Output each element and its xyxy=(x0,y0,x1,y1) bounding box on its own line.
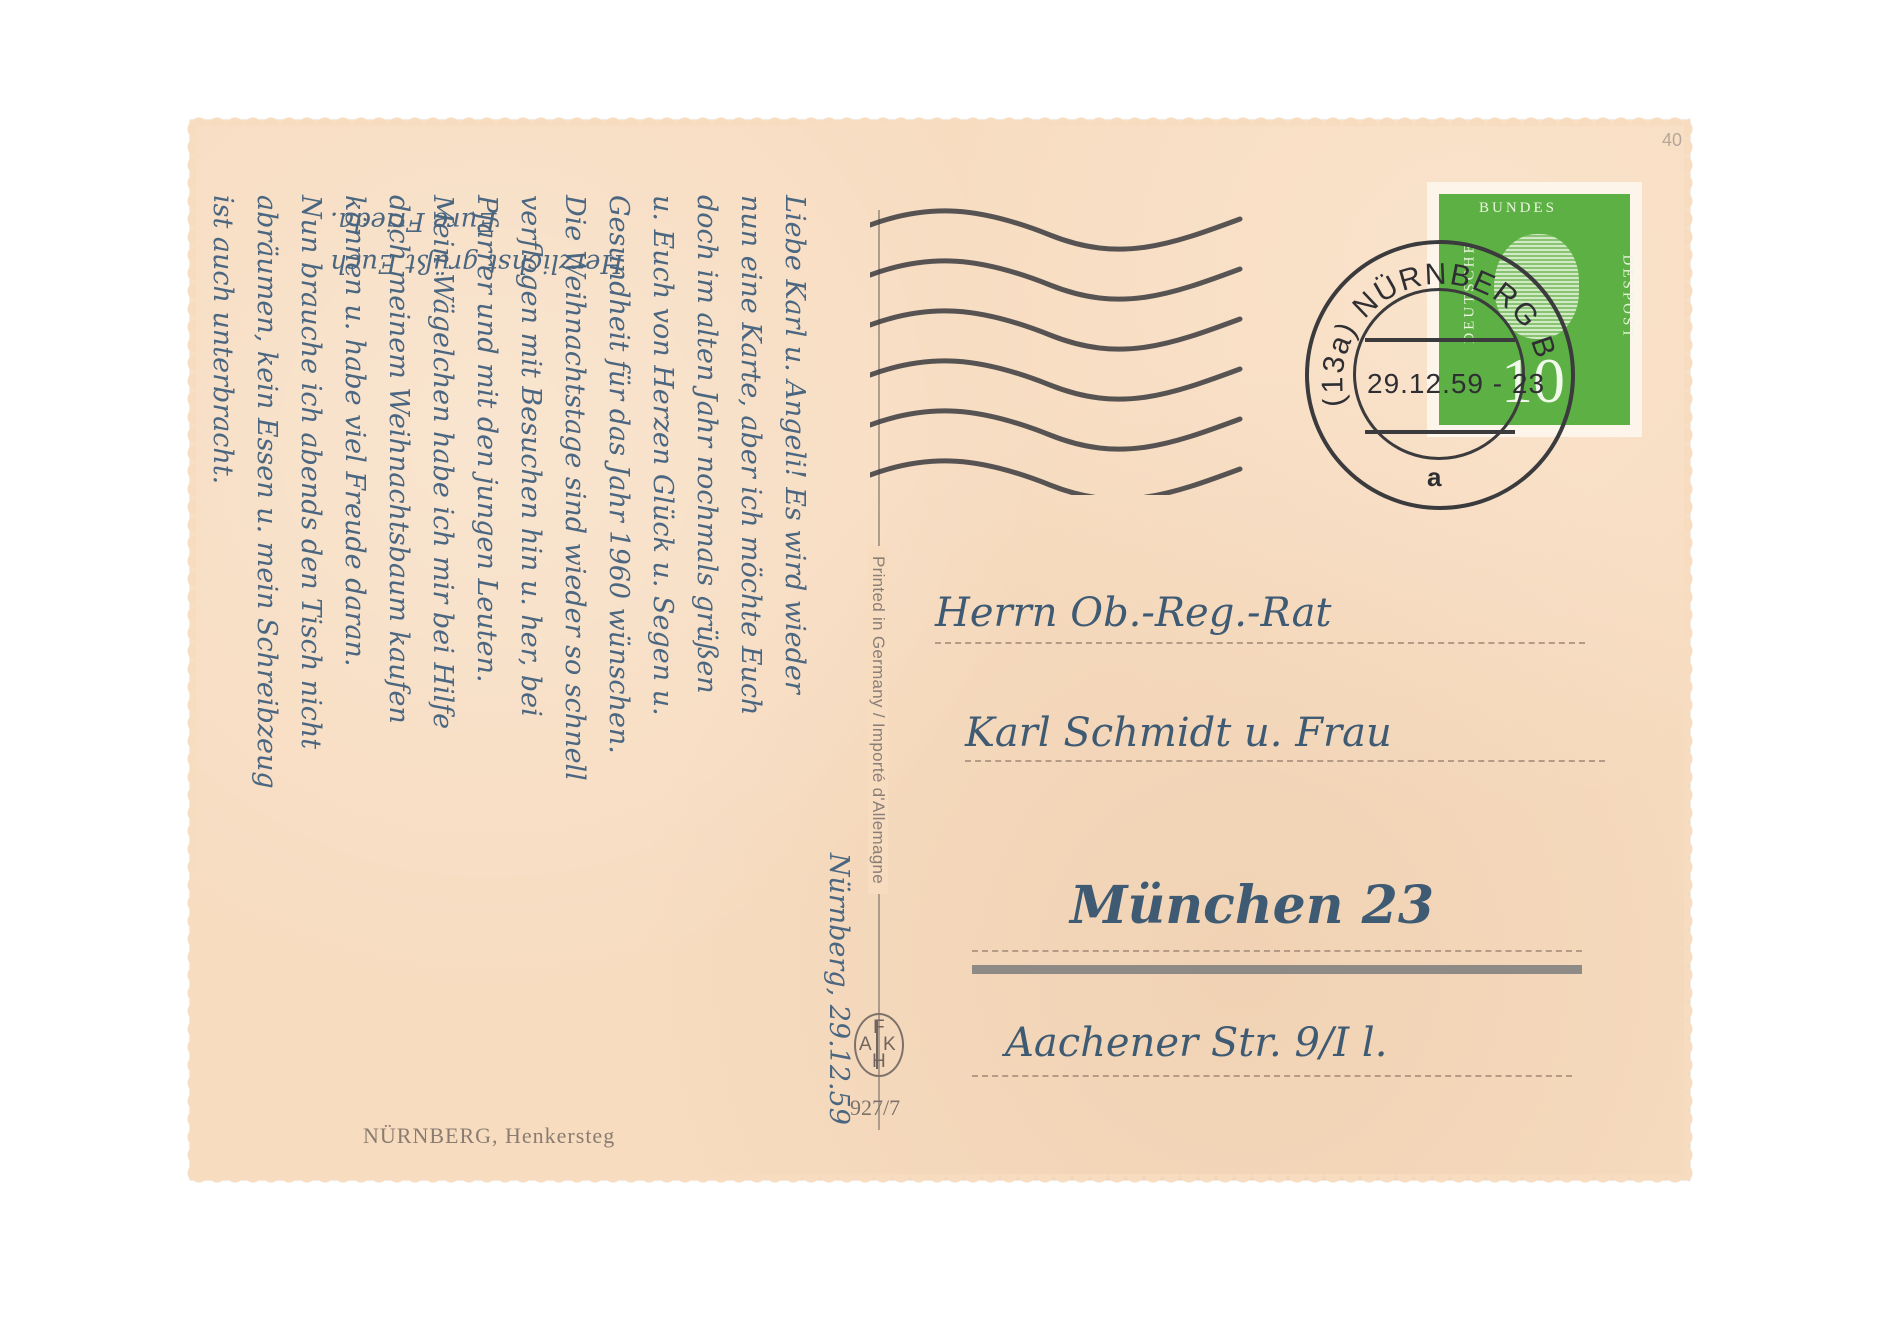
postage-stamp: BUNDES DEUTSCHE DESPOST 10 xyxy=(1427,182,1642,437)
message-line: Mein Wägelchen habe ich mir bei Hilfe xyxy=(420,195,464,1155)
message-line: nun eine Karte, aber ich möchte Euch xyxy=(728,195,772,1155)
message-line: doch im alten Jahr nochmals grüßen xyxy=(684,195,728,1155)
deckle-edge-left xyxy=(184,120,196,1180)
portrait-profile-icon xyxy=(1494,234,1579,339)
stamp-face: BUNDES DEUTSCHE DESPOST 10 xyxy=(1439,194,1630,425)
wavy-lines-icon xyxy=(870,195,1250,495)
deckle-edge-top xyxy=(190,114,1690,126)
message-line: Gesundheit für das Jahr 1960 wünschen. xyxy=(596,195,640,1155)
message-line: ist auch unterbracht. xyxy=(200,195,244,1155)
address-line-title: Herrn Ob.-Reg.-Rat xyxy=(935,590,1331,636)
message-line: u. Euch von Herzen Glück u. Segen u. xyxy=(640,195,684,1155)
address-line-name: Karl Schmidt u. Frau xyxy=(965,710,1392,756)
stamp-inscription-top: BUNDES xyxy=(1479,200,1557,217)
message-place-date: Nürnberg, 29.12.59 xyxy=(816,195,860,1155)
message-line: Die Weihnachtstage sind wieder so schnel… xyxy=(552,195,596,1155)
stamp-inscription-right: DESPOST xyxy=(1618,254,1635,340)
message-line: können u. habe viel Freude daran. xyxy=(332,195,376,1155)
deckle-edge-right xyxy=(1684,120,1696,1180)
printed-in-germany-notice: Printed in Germany / Importé d'Allemagne xyxy=(868,546,888,894)
deckle-edge-bottom xyxy=(190,1174,1690,1186)
message-line: Liebe Karl u. Angeli! Es wird wieder xyxy=(772,195,816,1155)
closing-line: Herzlichst grüßt Euch xyxy=(330,242,623,284)
stamp-inscription-left: DEUTSCHE xyxy=(1462,241,1479,343)
picture-caption: NÜRNBERG, Henkersteg xyxy=(363,1123,615,1149)
message-area: Nürnberg, 29.12.59 Liebe Karl u. Angeli!… xyxy=(210,180,850,1170)
postmark-sub-code: a xyxy=(1427,462,1441,493)
address-rule xyxy=(972,950,1582,952)
address-rule xyxy=(965,760,1605,762)
postcard: 40 Nürnberg, 29.12.59 Liebe Karl u. Ange… xyxy=(190,120,1690,1180)
pencil-mark: 40 xyxy=(1662,130,1682,151)
message-closing: Herzlichst grüßt Euch Eure Frieda. xyxy=(330,200,623,284)
message-body: Nürnberg, 29.12.59 Liebe Karl u. Angeli!… xyxy=(200,195,860,1155)
address-rule xyxy=(972,1075,1572,1077)
address-line-street: Aachener Str. 9/I l. xyxy=(1005,1020,1387,1066)
message-line: Nun brauche ich abends den Tisch nicht xyxy=(288,195,332,1155)
address-rule xyxy=(935,642,1585,644)
message-line: verflogen mit Besuchen hin u. her, bei xyxy=(508,195,552,1155)
address-line-city: München 23 xyxy=(1070,875,1434,936)
message-line: doch meinem Weihnachtsbaum kaufen xyxy=(376,195,420,1155)
message-line: abräumen, kein Essen u. mein Schreibzeug xyxy=(244,195,288,1155)
city-underline-bar xyxy=(972,965,1582,974)
message-line: Pfarrer und mit den jungen Leuten. xyxy=(464,195,508,1155)
card-number: 927/7 xyxy=(850,1095,900,1121)
publisher-monogram-icon: F A K H xyxy=(854,1013,904,1077)
closing-line: Eure Frieda. xyxy=(330,200,623,242)
stamp-value: 10 xyxy=(1501,344,1565,418)
